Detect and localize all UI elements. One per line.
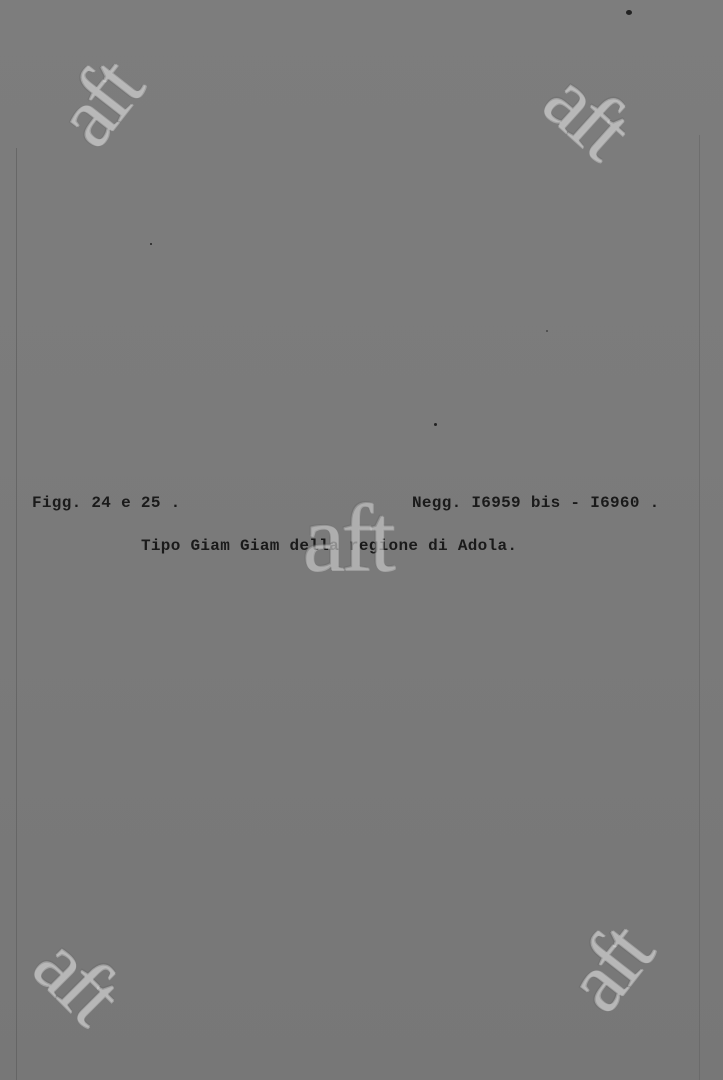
left-edge-line xyxy=(16,148,17,1080)
scanned-document-page: aft aft aft aft Figg. 24 e 25 . Negg. I6… xyxy=(0,0,723,1080)
watermark-bottom-left: aft xyxy=(19,920,135,1036)
ink-speck xyxy=(546,330,548,332)
watermark-top-left: aft xyxy=(39,46,155,161)
ink-speck xyxy=(150,243,152,245)
watermark-top-right: aft xyxy=(529,55,645,172)
ink-speck xyxy=(434,423,437,426)
negative-reference: Negg. I6959 bis - I6960 . xyxy=(412,494,660,512)
right-edge-line xyxy=(699,135,700,1080)
watermark-bottom-right: aft xyxy=(549,911,665,1026)
ink-speck xyxy=(626,10,632,15)
figure-reference: Figg. 24 e 25 . xyxy=(32,494,181,512)
watermark-center: aft xyxy=(302,490,391,586)
